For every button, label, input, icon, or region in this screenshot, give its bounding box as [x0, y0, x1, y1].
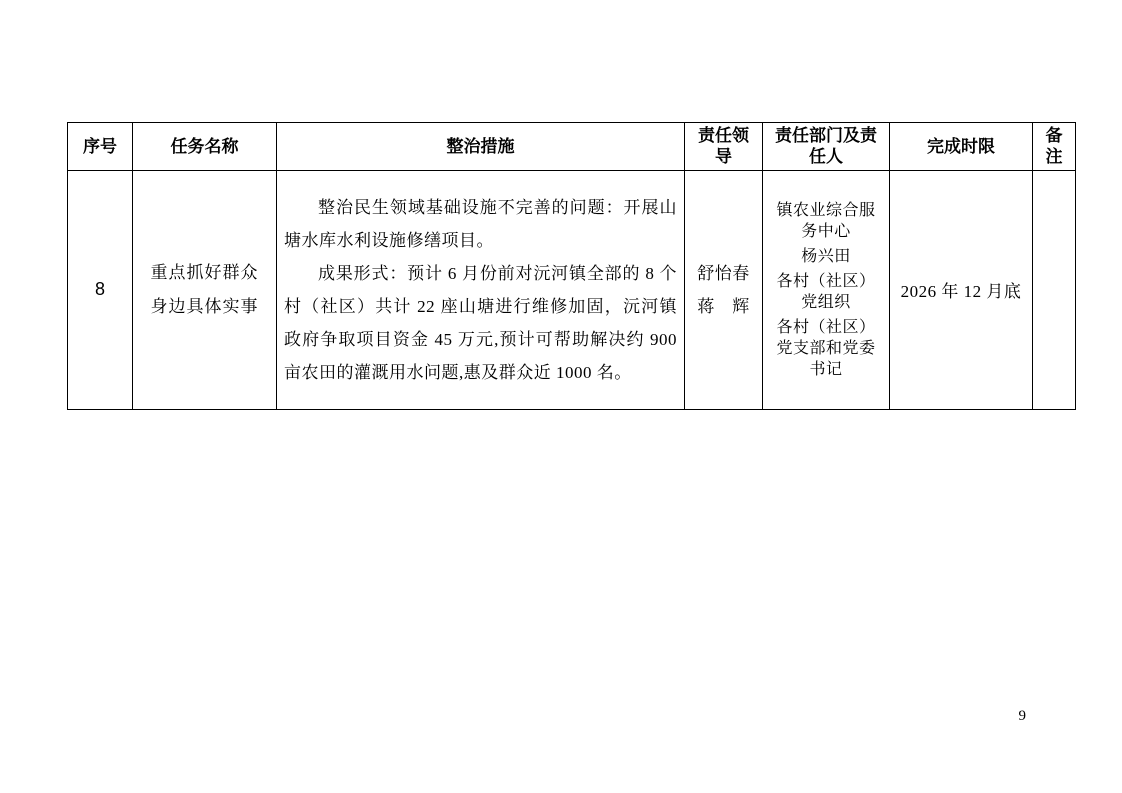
- cell-serial: 8: [68, 170, 133, 409]
- measure-paragraph-1: 整治民生领域基础设施不完善的问题：开展山塘水库水利设施修缮项目。: [284, 191, 677, 257]
- department-item-2: 杨兴田: [774, 246, 878, 267]
- page-number: 9: [1019, 708, 1027, 725]
- cell-department: 镇农业综合服务中心 杨兴田 各村（社区）党组织 各村（社区）党支部和党委书记: [763, 170, 890, 409]
- cell-remarks: [1033, 170, 1076, 409]
- department-item-1: 镇农业综合服务中心: [774, 200, 878, 242]
- col-header-leader: 责任领导: [685, 123, 763, 171]
- cell-measures: 整治民生领域基础设施不完善的问题：开展山塘水库水利设施修缮项目。 成果形式：预计…: [277, 170, 685, 409]
- col-header-remarks: 备注: [1033, 123, 1076, 171]
- measure-paragraph-2: 成果形式：预计 6 月份前对沅河镇全部的 8 个村（社区）共计 22 座山塘进行…: [284, 257, 677, 389]
- leader-name-1: 舒怡春: [686, 257, 761, 290]
- leader-name-2: 蒋 辉: [686, 290, 761, 323]
- col-header-serial: 序号: [68, 123, 133, 171]
- col-header-deadline: 完成时限: [890, 123, 1033, 171]
- cell-leader: 舒怡春 蒋 辉: [685, 170, 763, 409]
- tasks-table: 序号 任务名称 整治措施 责任领导 责任部门及责任人 完成时限 备注 8 重点抓…: [67, 122, 1076, 410]
- cell-deadline: 2026 年 12 月底: [890, 170, 1033, 409]
- document-page: 序号 任务名称 整治措施 责任领导 责任部门及责任人 完成时限 备注 8 重点抓…: [0, 0, 1122, 793]
- department-item-3: 各村（社区）党组织: [774, 271, 878, 313]
- col-header-measures: 整治措施: [277, 123, 685, 171]
- table-row: 8 重点抓好群众身边具体实事 整治民生领域基础设施不完善的问题：开展山塘水库水利…: [68, 170, 1076, 409]
- col-header-department: 责任部门及责任人: [763, 123, 890, 171]
- department-item-4: 各村（社区）党支部和党委书记: [774, 317, 878, 380]
- cell-task-name: 重点抓好群众身边具体实事: [133, 170, 277, 409]
- col-header-task-name: 任务名称: [133, 123, 277, 171]
- table-header-row: 序号 任务名称 整治措施 责任领导 责任部门及责任人 完成时限 备注: [68, 123, 1076, 171]
